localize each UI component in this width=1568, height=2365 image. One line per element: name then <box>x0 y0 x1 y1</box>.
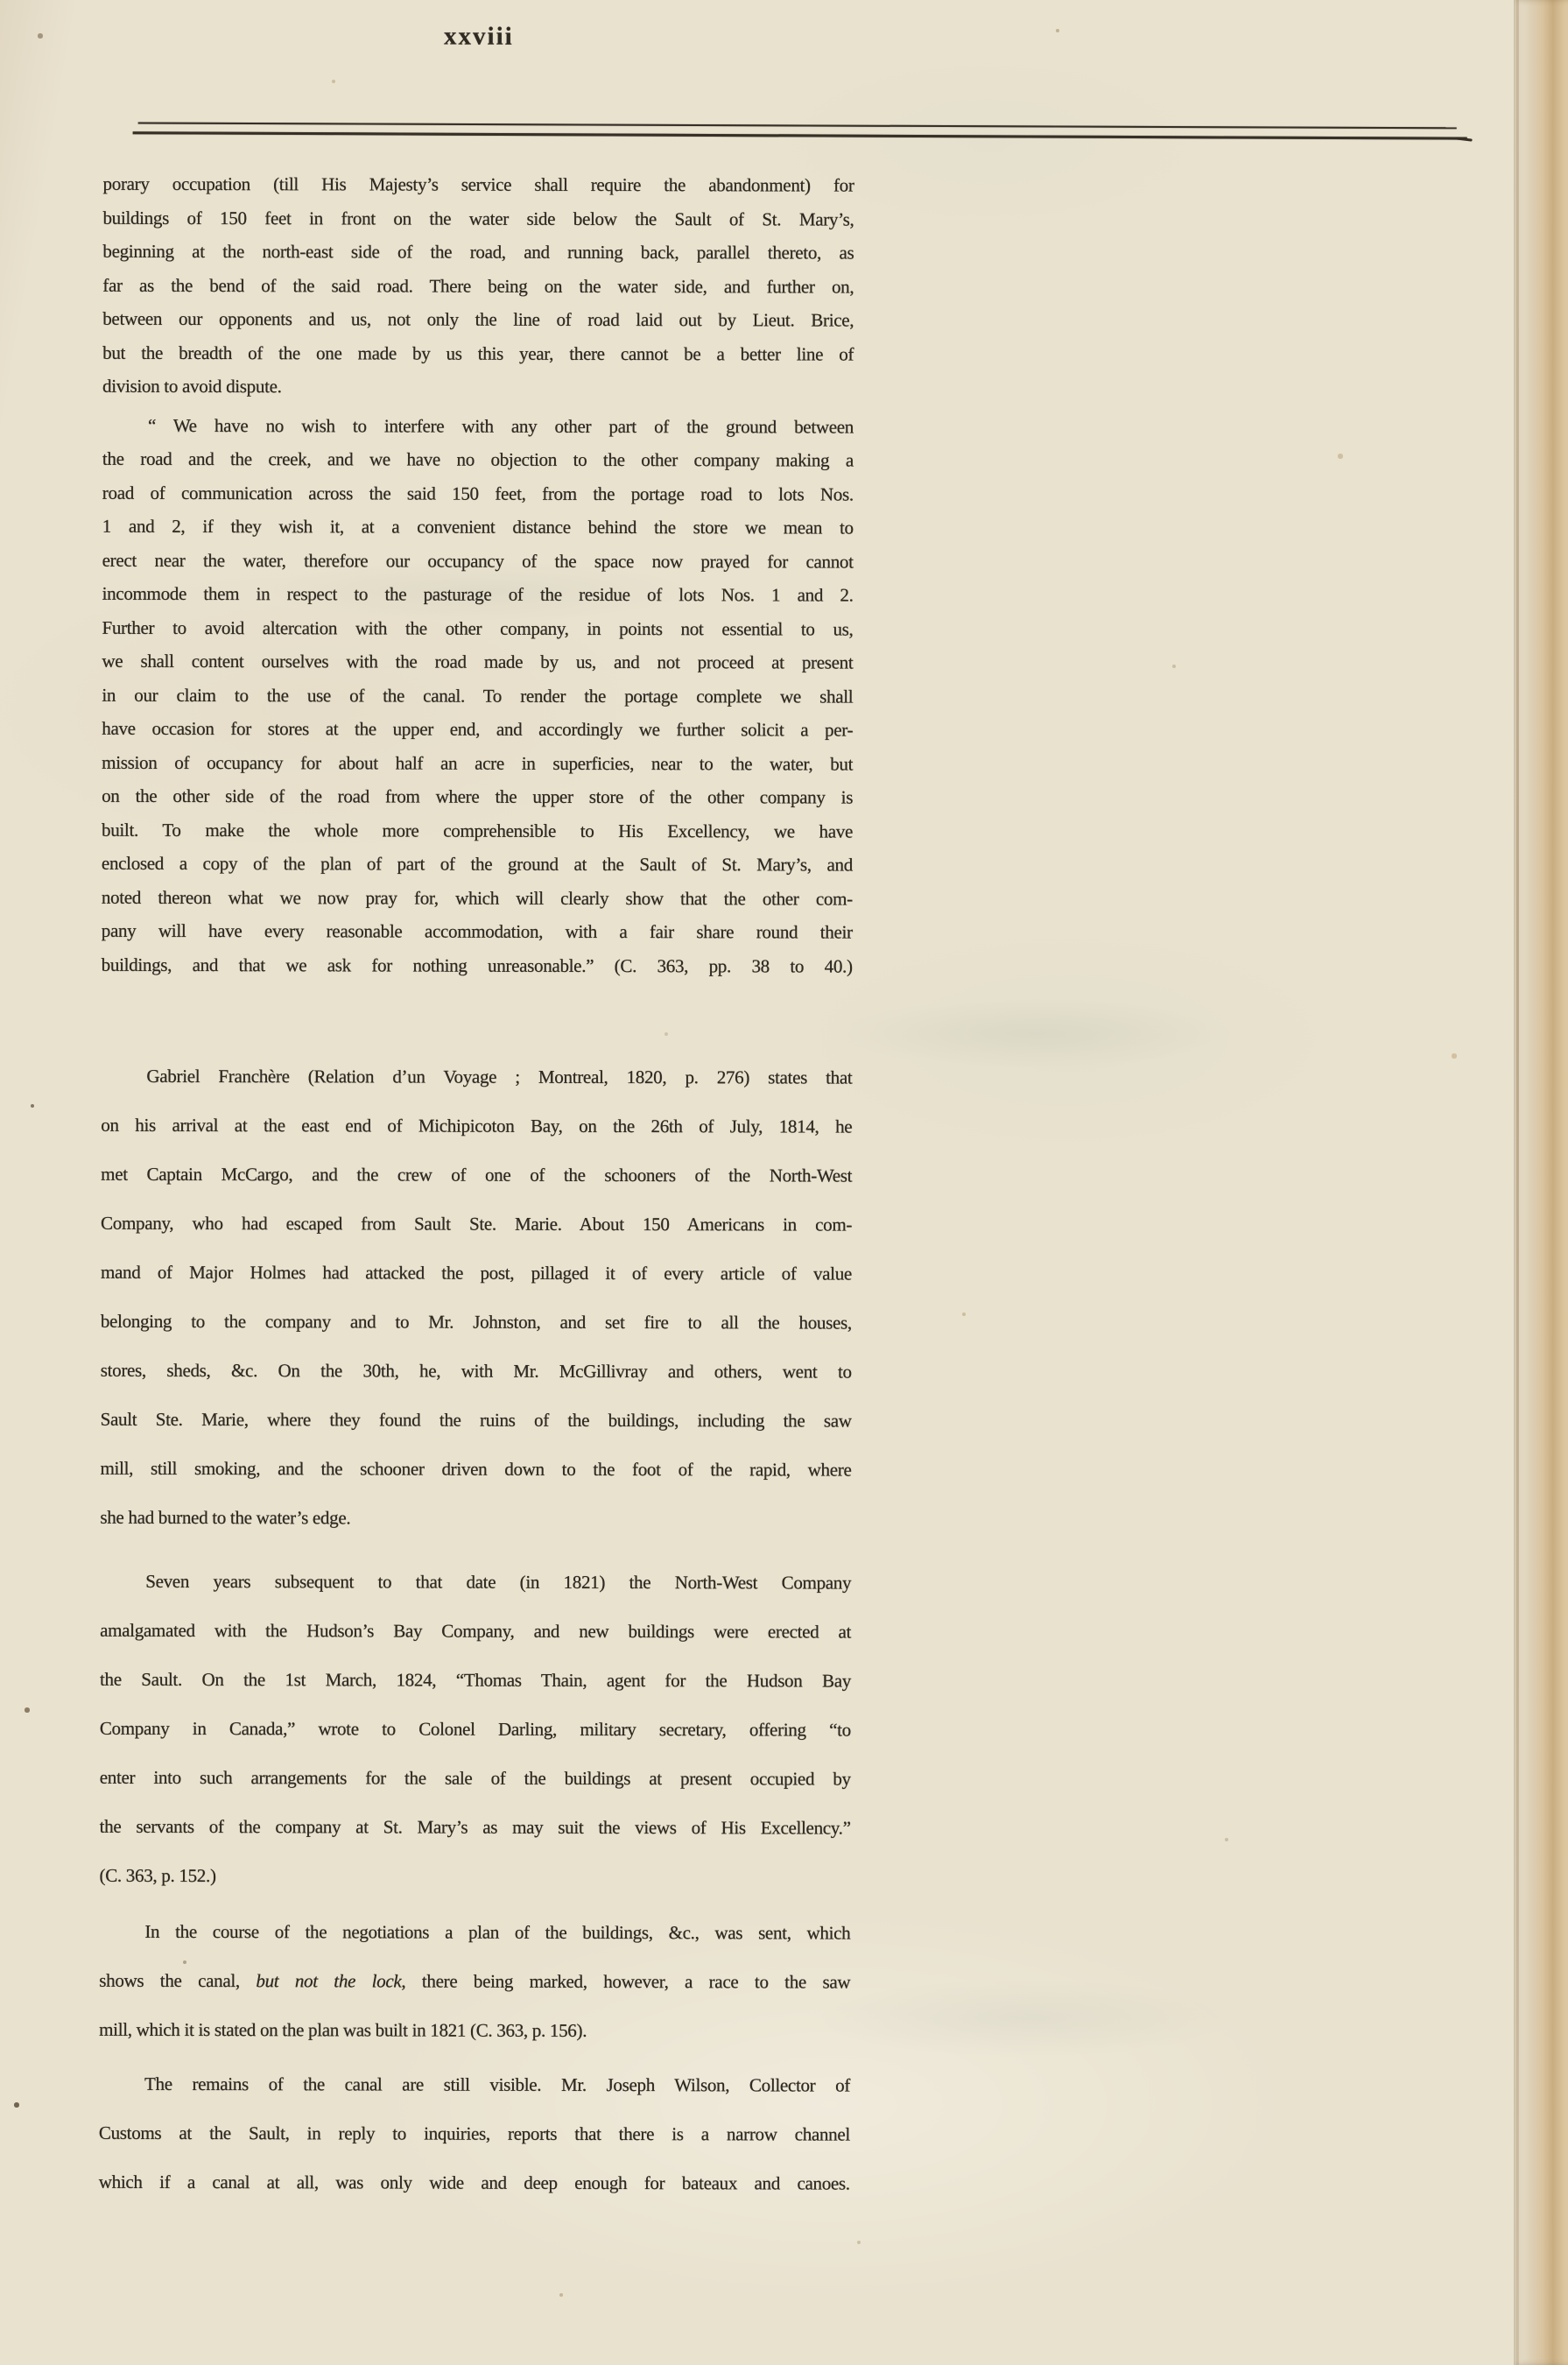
text-line: stores, sheds, &c. On the 30th, he, with… <box>101 1346 852 1397</box>
text-line: shows the canal, but not the lock, there… <box>99 1956 850 2007</box>
text-line: (C. 363, p. 152.) <box>99 1851 850 1902</box>
text-segment: Company, who had escaped from Sault Ste.… <box>101 1213 852 1235</box>
text-segment: she had burned to the water’s edge. <box>100 1507 350 1529</box>
text-segment: the Sault. On the 1st March, 1824, “Thom… <box>100 1669 851 1692</box>
text-line: 1 and 2, if they wish it, at a convenien… <box>102 510 854 545</box>
text-segment: which if a canal at all, was only wide a… <box>99 2171 850 2194</box>
italic-text-segment: but not the lock <box>256 1970 401 1991</box>
text-segment: belonging to the company and to Mr. John… <box>101 1311 852 1334</box>
text-segment: road of communication across the said 15… <box>102 482 854 504</box>
text-segment: 1 and 2, if they wish it, at a convenien… <box>102 516 854 538</box>
text-segment: between our opponents and us, not only t… <box>102 308 854 331</box>
text-line: far as the bend of the said road. There … <box>102 268 854 303</box>
text-segment: but the breadth of the one made by us th… <box>102 341 854 364</box>
text-segment: pany will have every reasonable accommod… <box>102 920 853 943</box>
text-segment: mand of Major Holmes had attacked the po… <box>101 1262 852 1285</box>
text-line: between our opponents and us, not only t… <box>102 302 854 337</box>
text-line: mill, which it is stated on the plan was… <box>99 2005 850 2056</box>
text-segment: mill, which it is stated on the plan was… <box>99 2019 587 2041</box>
text-line: she had burned to the water’s edge. <box>100 1493 851 1544</box>
text-line: Gabriel Franchère (Relation d’un Voyage … <box>101 1052 852 1102</box>
text-segment: incommode them in respect to the pastura… <box>102 583 854 606</box>
text-line: enclosed a copy of the plan of part of t… <box>102 847 853 882</box>
text-line: enter into such arrangements for the sal… <box>100 1753 851 1804</box>
text-line: belonging to the company and to Mr. John… <box>101 1297 852 1348</box>
paragraph-quoted-memorial: “ We have no wish to interfere with any … <box>102 408 854 982</box>
text-segment: division to avoid dispute. <box>102 376 282 397</box>
text-line: buildings of 150 feet in front on the wa… <box>102 201 854 236</box>
text-line: beginning at the north-east side of the … <box>102 235 854 270</box>
text-line: which if a canal at all, was only wide a… <box>99 2157 850 2208</box>
text-segment: enter into such arrangements for the sal… <box>100 1767 851 1790</box>
book-page-scan: xxviii porary occupation (till His Majes… <box>0 0 1568 2365</box>
text-segment: built. To make the whole more comprehens… <box>102 819 853 841</box>
text-segment: the servants of the company at St. Mary’… <box>100 1816 851 1839</box>
text-segment: “ We have no wish to interfere with any … <box>148 414 854 437</box>
paragraph-franchere: Gabriel Franchère (Relation d’un Voyage … <box>100 1052 852 1544</box>
text-segment: Sault Ste. Marie, where they found the r… <box>101 1409 852 1432</box>
text-segment: Further to avoid altercation with the ot… <box>102 616 853 639</box>
paragraph-negotiations: In the course of the negotiations a plan… <box>99 1907 850 2056</box>
text-line: the Sault. On the 1st March, 1824, “Thom… <box>100 1655 851 1706</box>
page-edge-fold <box>1514 0 1568 2365</box>
text-segment: porary occupation (till His Majesty’s se… <box>103 173 854 196</box>
text-column: porary occupation (till His Majesty’s se… <box>99 0 854 2208</box>
text-segment: on the other side of the road from where… <box>102 785 853 808</box>
text-line: Customs at the Sault, in reply to inquir… <box>99 2108 850 2159</box>
text-segment: far as the bend of the said road. There … <box>102 274 854 297</box>
text-line: buildings, and that we ask for nothing u… <box>102 947 853 982</box>
text-segment: shows the canal, <box>99 1970 256 1991</box>
text-line: mill, still smoking, and the schooner dr… <box>100 1444 851 1495</box>
text-line: on his arrival at the east end of Michip… <box>101 1101 852 1151</box>
text-line: have occasion for stores at the upper en… <box>102 712 853 747</box>
text-line: built. To make the whole more comprehens… <box>102 813 853 848</box>
text-segment: enclosed a copy of the plan of part of t… <box>102 853 853 876</box>
text-segment: amalgamated with the Hudson’s Bay Compan… <box>100 1620 851 1643</box>
text-segment: mission of occupancy for about half an a… <box>102 751 853 774</box>
text-line: met Captain McCargo, and the crew of one… <box>101 1150 852 1200</box>
text-line: “ We have no wish to interfere with any … <box>102 408 854 443</box>
text-line: road of communication across the said 15… <box>102 475 854 510</box>
text-segment: beginning at the north-east side of the … <box>102 241 854 264</box>
text-segment: The remains of the canal are still visib… <box>144 2073 850 2096</box>
paragraph-continuation: porary occupation (till His Majesty’s se… <box>102 167 854 405</box>
text-segment: have occasion for stores at the upper en… <box>102 718 853 741</box>
text-line: Seven years subsequent to that date (in … <box>100 1557 851 1608</box>
text-segment: Gabriel Franchère (Relation d’un Voyage … <box>146 1066 852 1088</box>
text-segment: erect near the water, therefore our occu… <box>102 549 854 572</box>
text-line: pany will have every reasonable accommod… <box>102 914 853 949</box>
text-line: incommode them in respect to the pastura… <box>102 577 854 612</box>
text-line: in our claim to the use of the canal. To… <box>102 678 853 713</box>
text-line: Further to avoid altercation with the ot… <box>102 610 853 645</box>
text-line: amalgamated with the Hudson’s Bay Compan… <box>100 1606 851 1657</box>
paragraph-remains: The remains of the canal are still visib… <box>99 2059 850 2208</box>
text-segment: on his arrival at the east end of Michip… <box>101 1115 852 1137</box>
text-line: Sault Ste. Marie, where they found the r… <box>101 1395 852 1446</box>
text-segment: stores, sheds, &c. On the 30th, he, with… <box>101 1360 852 1383</box>
text-line: we shall content ourselves with the road… <box>102 644 853 679</box>
text-line: porary occupation (till His Majesty’s se… <box>103 167 854 202</box>
text-line: Company in Canada,” wrote to Colonel Dar… <box>100 1704 851 1755</box>
text-segment: buildings of 150 feet in front on the wa… <box>102 207 854 229</box>
text-line: mission of occupancy for about half an a… <box>102 745 853 780</box>
text-segment: met Captain McCargo, and the crew of one… <box>101 1164 852 1186</box>
text-line: erect near the water, therefore our occu… <box>102 543 854 578</box>
text-line: but the breadth of the one made by us th… <box>102 335 854 370</box>
text-line: Company, who had escaped from Sault Ste.… <box>101 1199 852 1249</box>
text-line: the road and the creek, and we have no o… <box>102 442 854 477</box>
text-segment: mill, still smoking, and the schooner dr… <box>100 1458 851 1481</box>
text-segment: Company in Canada,” wrote to Colonel Dar… <box>100 1718 851 1741</box>
text-segment: in our claim to the use of the canal. To… <box>102 684 853 707</box>
printed-area: xxviii porary occupation (till His Majes… <box>0 0 1568 2365</box>
text-line: division to avoid dispute. <box>102 370 854 405</box>
text-line: on the other side of the road from where… <box>102 779 853 814</box>
text-line: noted thereon what we now pray for, whic… <box>102 880 853 915</box>
text-segment: we shall content ourselves with the road… <box>102 651 853 673</box>
text-segment: the road and the creek, and we have no o… <box>102 448 854 471</box>
text-segment: In the course of the negotiations a plan… <box>144 1921 850 1944</box>
text-segment: buildings, and that we ask for nothing u… <box>102 954 853 976</box>
text-line: the servants of the company at St. Mary’… <box>100 1802 851 1853</box>
paragraph-amalgamation: Seven years subsequent to that date (in … <box>99 1557 851 1902</box>
text-segment: Seven years subsequent to that date (in … <box>145 1571 851 1594</box>
text-line: mand of Major Holmes had attacked the po… <box>101 1248 852 1299</box>
text-line: The remains of the canal are still visib… <box>99 2059 850 2110</box>
text-line: In the course of the negotiations a plan… <box>99 1907 850 1958</box>
text-segment: (C. 363, p. 152.) <box>99 1865 215 1886</box>
text-segment: noted thereon what we now pray for, whic… <box>102 886 853 909</box>
text-segment: , there being marked, however, a race to… <box>401 1970 850 1992</box>
text-segment: Customs at the Sault, in reply to inquir… <box>99 2122 850 2145</box>
paper-specks <box>0 0 2 2</box>
